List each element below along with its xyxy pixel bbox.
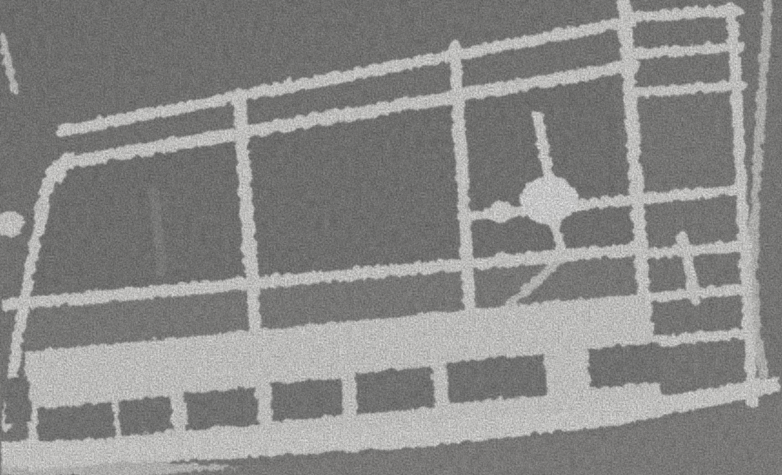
photo-canvas <box>0 0 782 475</box>
halftone-cage-photo <box>0 0 782 475</box>
speckle-dark-layer <box>0 0 782 475</box>
